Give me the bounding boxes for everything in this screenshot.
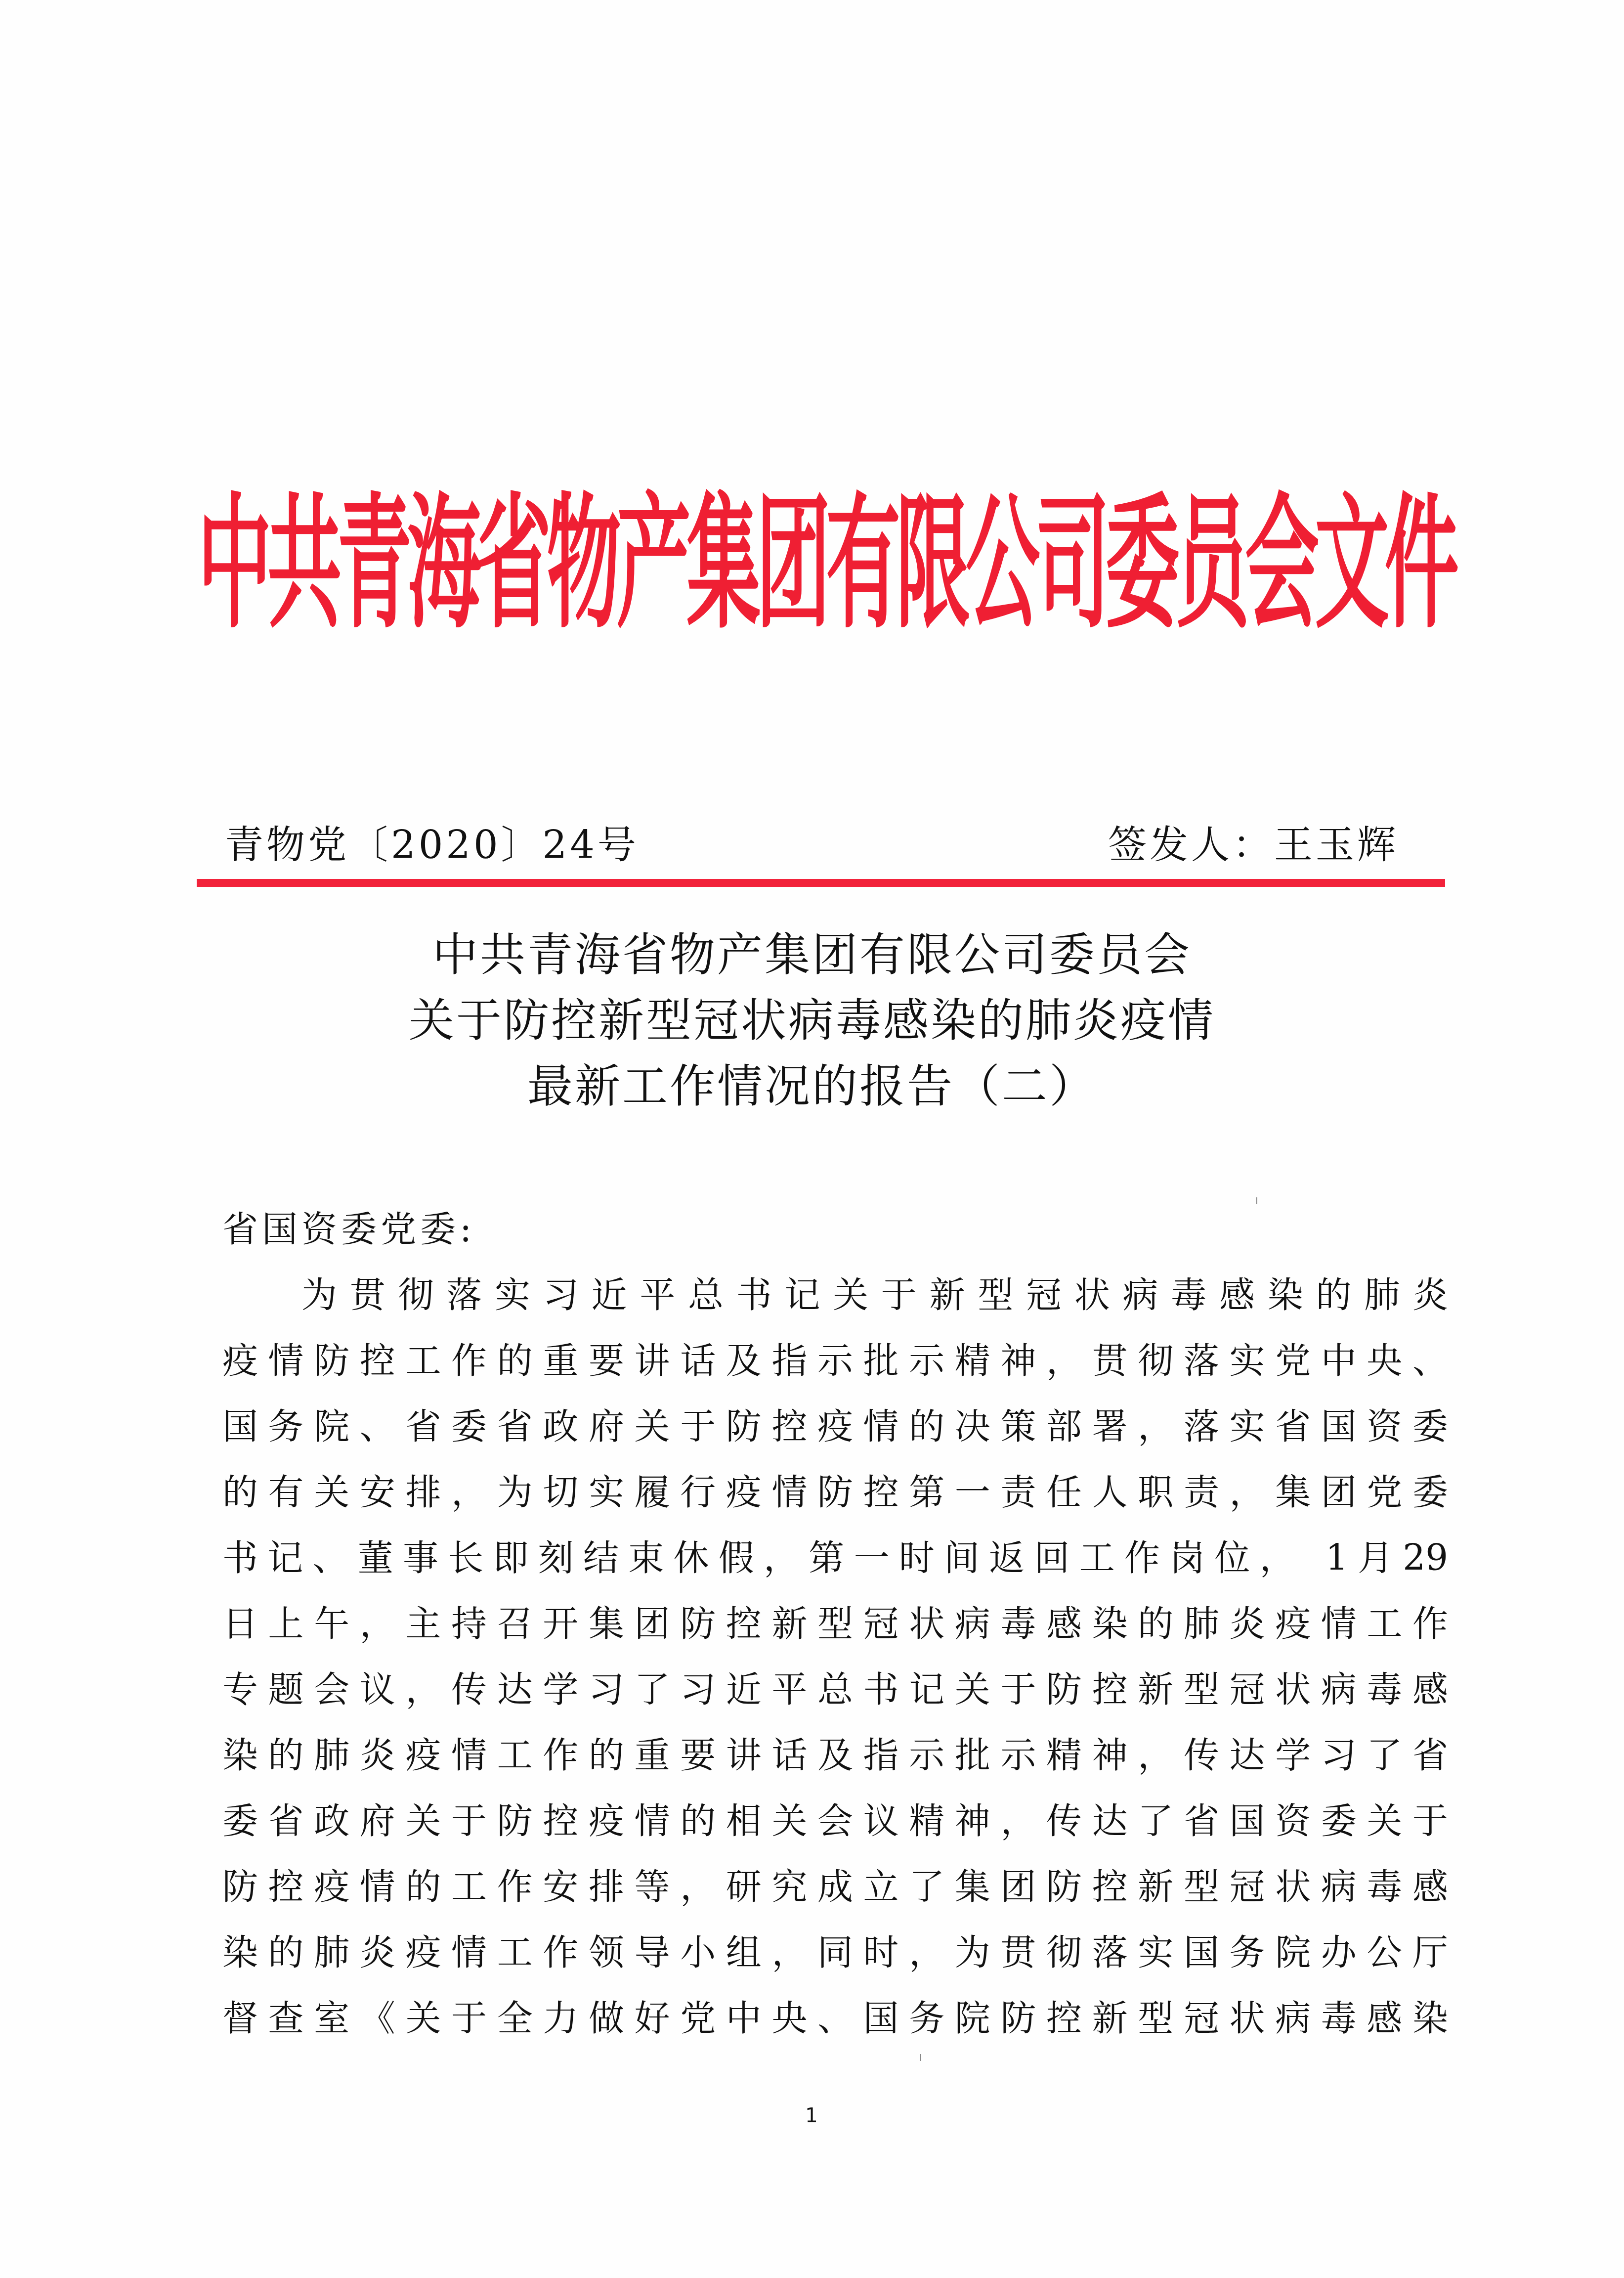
masthead-char: 中 bbox=[198, 491, 263, 636]
masthead-char: 公 bbox=[966, 491, 1031, 636]
masthead-char: 团 bbox=[756, 491, 822, 636]
document-title: 中共青海省物产集团有限公司委员会 关于防控新型冠状病毒感染的肺炎疫情 最新工作情… bbox=[0, 922, 1624, 1119]
body-line: 疫情防控工作的重要讲话及指示批示精神，贯彻落实党中央、 bbox=[222, 1328, 1448, 1394]
masthead-char: 青 bbox=[338, 491, 403, 636]
body-line: 督查室《关于全力做好党中央、国务院防控新型冠状病毒感染 bbox=[222, 1985, 1448, 2051]
body-line: 国务院、省委省政府关于防控疫情的决策部署，落实省国资委 bbox=[222, 1394, 1448, 1459]
masthead-char: 司 bbox=[1035, 491, 1101, 636]
masthead-char: 集 bbox=[686, 491, 752, 636]
title-line: 关于防控新型冠状病毒感染的肺炎疫情 bbox=[0, 988, 1624, 1053]
document-page: 中 共 青 海 省 物 产 集 团 有 限 公 司 委 员 会 文 件 青物党〔… bbox=[0, 0, 1624, 2278]
masthead-char: 会 bbox=[1245, 491, 1311, 636]
body-line: 专题会议，传达学习了习近平总书记关于防控新型冠状病毒感 bbox=[222, 1657, 1448, 1722]
red-masthead: 中 共 青 海 省 物 产 集 团 有 限 公 司 委 员 会 文 件 bbox=[198, 489, 1451, 638]
masthead-char: 物 bbox=[547, 491, 612, 636]
scan-speck bbox=[920, 2054, 921, 2061]
document-body: 省国资委党委: 为贯彻落实习近平总书记关于新型冠状病毒感染的肺炎 疫情防控工作的… bbox=[222, 1196, 1448, 2051]
body-line: 书记、董事长即刻结束休假，第一时间返回工作岗位， 1月29 bbox=[222, 1525, 1448, 1591]
masthead-char: 委 bbox=[1106, 491, 1171, 636]
title-line: 最新工作情况的报告（二） bbox=[0, 1053, 1624, 1119]
body-line: 染的肺炎疫情工作的重要讲话及指示批示精神，传达学习了省 bbox=[222, 1722, 1448, 1788]
body-line: 为贯彻落实习近平总书记关于新型冠状病毒感染的肺炎 bbox=[222, 1262, 1448, 1328]
body-line: 染的肺炎疫情工作领导小组，同时，为贯彻落实国务院办公厅 bbox=[222, 1920, 1448, 1985]
red-separator-line bbox=[197, 879, 1445, 887]
body-line: 的有关安排，为切实履行疫情防控第一责任人职责，集团党委 bbox=[222, 1459, 1448, 1525]
masthead-char: 海 bbox=[407, 491, 473, 636]
salutation: 省国资委党委: bbox=[222, 1196, 1448, 1262]
body-line: 委省政府关于防控疫情的相关会议精神，传达了省国资委关于 bbox=[222, 1788, 1448, 1854]
masthead-char: 有 bbox=[826, 491, 892, 636]
body-line: 日上午，主持召开集团防控新型冠状病毒感染的肺炎疫情工作 bbox=[222, 1591, 1448, 1657]
masthead-char: 省 bbox=[477, 491, 543, 636]
signer: 签发人：王玉辉 bbox=[1108, 821, 1399, 870]
masthead-char: 限 bbox=[896, 491, 962, 636]
scan-speck bbox=[1256, 1197, 1257, 1204]
masthead-char: 产 bbox=[617, 491, 683, 636]
title-line: 中共青海省物产集团有限公司委员会 bbox=[0, 922, 1624, 988]
document-number: 青物党〔2020〕24号 bbox=[225, 821, 639, 870]
masthead-char: 件 bbox=[1385, 491, 1451, 636]
masthead-char: 员 bbox=[1175, 491, 1241, 636]
document-number-row: 青物党〔2020〕24号 签发人：王玉辉 bbox=[225, 821, 1411, 870]
masthead-char: 文 bbox=[1315, 491, 1381, 636]
body-line: 防控疫情的工作安排等，研究成立了集团防控新型冠状病毒感 bbox=[222, 1854, 1448, 1920]
masthead-char: 共 bbox=[267, 491, 333, 636]
page-number: 1 bbox=[801, 2103, 822, 2128]
